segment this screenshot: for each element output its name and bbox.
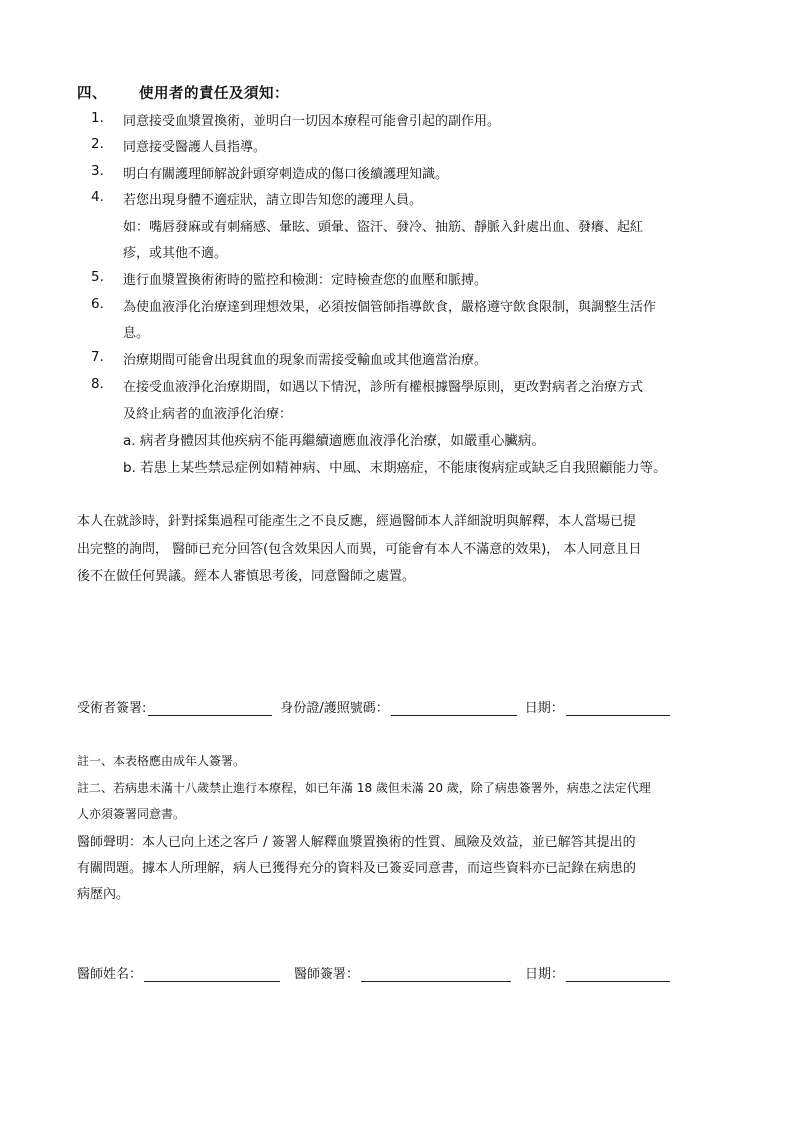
item-text: 及終止病者的血液淨化治療： [123, 403, 292, 422]
sub-item-b: b. 若患上某些禁忌症例如精神病、中風、末期癌症，不能康復病症或缺乏自我照顧能力… [123, 456, 667, 476]
patient-signature-row: 受術者簽署: 身份證/護照號碼： 日期： [77, 697, 678, 716]
item-text: 同意接受血漿置換術，並明白一切因本療程可能會引起的副作用。 [123, 110, 500, 129]
paragraph-line: 出完整的詢問， 醫師已充分回答(包含效果因人而異，可能會有本人不滿意的效果)， … [77, 538, 641, 557]
paragraph-line: 本人在就診時，針對採集過程可能產生之不良反應，經過醫師本人詳細說明與解釋，本人當… [77, 510, 636, 529]
doctor-statement-line: 醫師聲明：本人已向上述之客戶 / 簽署人解釋血漿置換術的性質、風險及效益，並已解… [77, 831, 636, 850]
doctor-statement-line: 病歷內。 [77, 883, 129, 902]
item-text: 治療期間可能會出現貧血的現象而需接受輸血或其他適當治療。 [123, 349, 487, 368]
item-number: 7. [91, 349, 104, 365]
doctor-name-field[interactable] [144, 969, 280, 982]
doctor-signature-label: 醫師簽署： [294, 963, 359, 982]
note-line: 註一、本表格應由成年人簽署。 [77, 752, 245, 769]
section-heading: 四、使用者的責任及須知： [77, 82, 289, 103]
doctor-date-label: 日期： [525, 963, 564, 982]
doctor-statement-line: 有關問題。據本人所理解，病人已獲得充分的資料及已簽妥同意書，而這些資料亦已記錄在… [77, 857, 636, 876]
item-text: 進行血漿置換術術時的監控和檢測：定時檢查您的血壓和脈搏。 [123, 269, 487, 288]
doctor-signature-row: 醫師姓名： 醫師簽署： 日期： [77, 963, 678, 982]
item-number: 5. [91, 269, 104, 285]
item-number: 2. [91, 136, 104, 152]
section-title: 使用者的責任及須知： [139, 86, 289, 102]
item-number: 8. [91, 376, 104, 392]
doctor-name-label: 醫師姓名： [77, 963, 142, 982]
item-text: 如：嘴唇發麻或有刺痛感、暈眩、頭暈、盜汗、發冷、抽筋、靜脈入針處出血、發癢、起紅 [123, 216, 643, 235]
item-text: 為使血液淨化治療達到理想效果，必須按個管師指導飲食，嚴格遵守飲食限制，與調整生活… [123, 296, 656, 315]
item-number: 3. [91, 163, 104, 179]
patient-signature-label: 受術者簽署: [77, 697, 146, 716]
sub-item-a: a. 病者身體因其他疾病不能再繼續適應血液淨化治療，如嚴重心臟病。 [123, 429, 545, 449]
paragraph-line: 後不在做任何異議。經本人審慎思考後，同意醫師之處置。 [77, 565, 415, 584]
item-text: 同意接受醫護人員指導。 [123, 136, 266, 155]
consent-form-page: 四、使用者的責任及須知： 1. 同意接受血漿置換術，並明白一切因本療程可能會引起… [0, 0, 794, 1123]
patient-date-label: 日期： [525, 697, 564, 716]
id-number-field[interactable] [391, 703, 517, 716]
item-number: 4. [91, 189, 104, 205]
item-number: 1. [91, 110, 104, 126]
section-number: 四、 [77, 82, 139, 103]
item-text: 明白有關護理師解說針頭穿刺造成的傷口後續護理知識。 [123, 163, 448, 182]
id-number-label: 身份證/護照號碼： [280, 697, 388, 716]
item-number: 6. [91, 296, 104, 312]
item-text: 若您出現身體不適症狀，請立即告知您的護理人員。 [123, 189, 422, 208]
doctor-date-field[interactable] [566, 969, 670, 982]
item-text: 疹，或其他不適。 [123, 242, 227, 261]
patient-signature-field[interactable] [148, 703, 272, 716]
patient-date-field[interactable] [566, 703, 670, 716]
item-text: 息。 [123, 322, 149, 341]
doctor-signature-field[interactable] [361, 969, 511, 982]
item-text: 在接受血液淨化治療期間，如遇以下情況，診所有權根據醫學原則，更改對病者之治療方式 [123, 376, 643, 395]
note-line: 註二、若病患未滿十八歲禁止進行本療程，如已年滿 18 歲但未滿 20 歲，除了病… [77, 779, 651, 796]
note-line: 人亦須簽署同意書。 [77, 805, 185, 822]
